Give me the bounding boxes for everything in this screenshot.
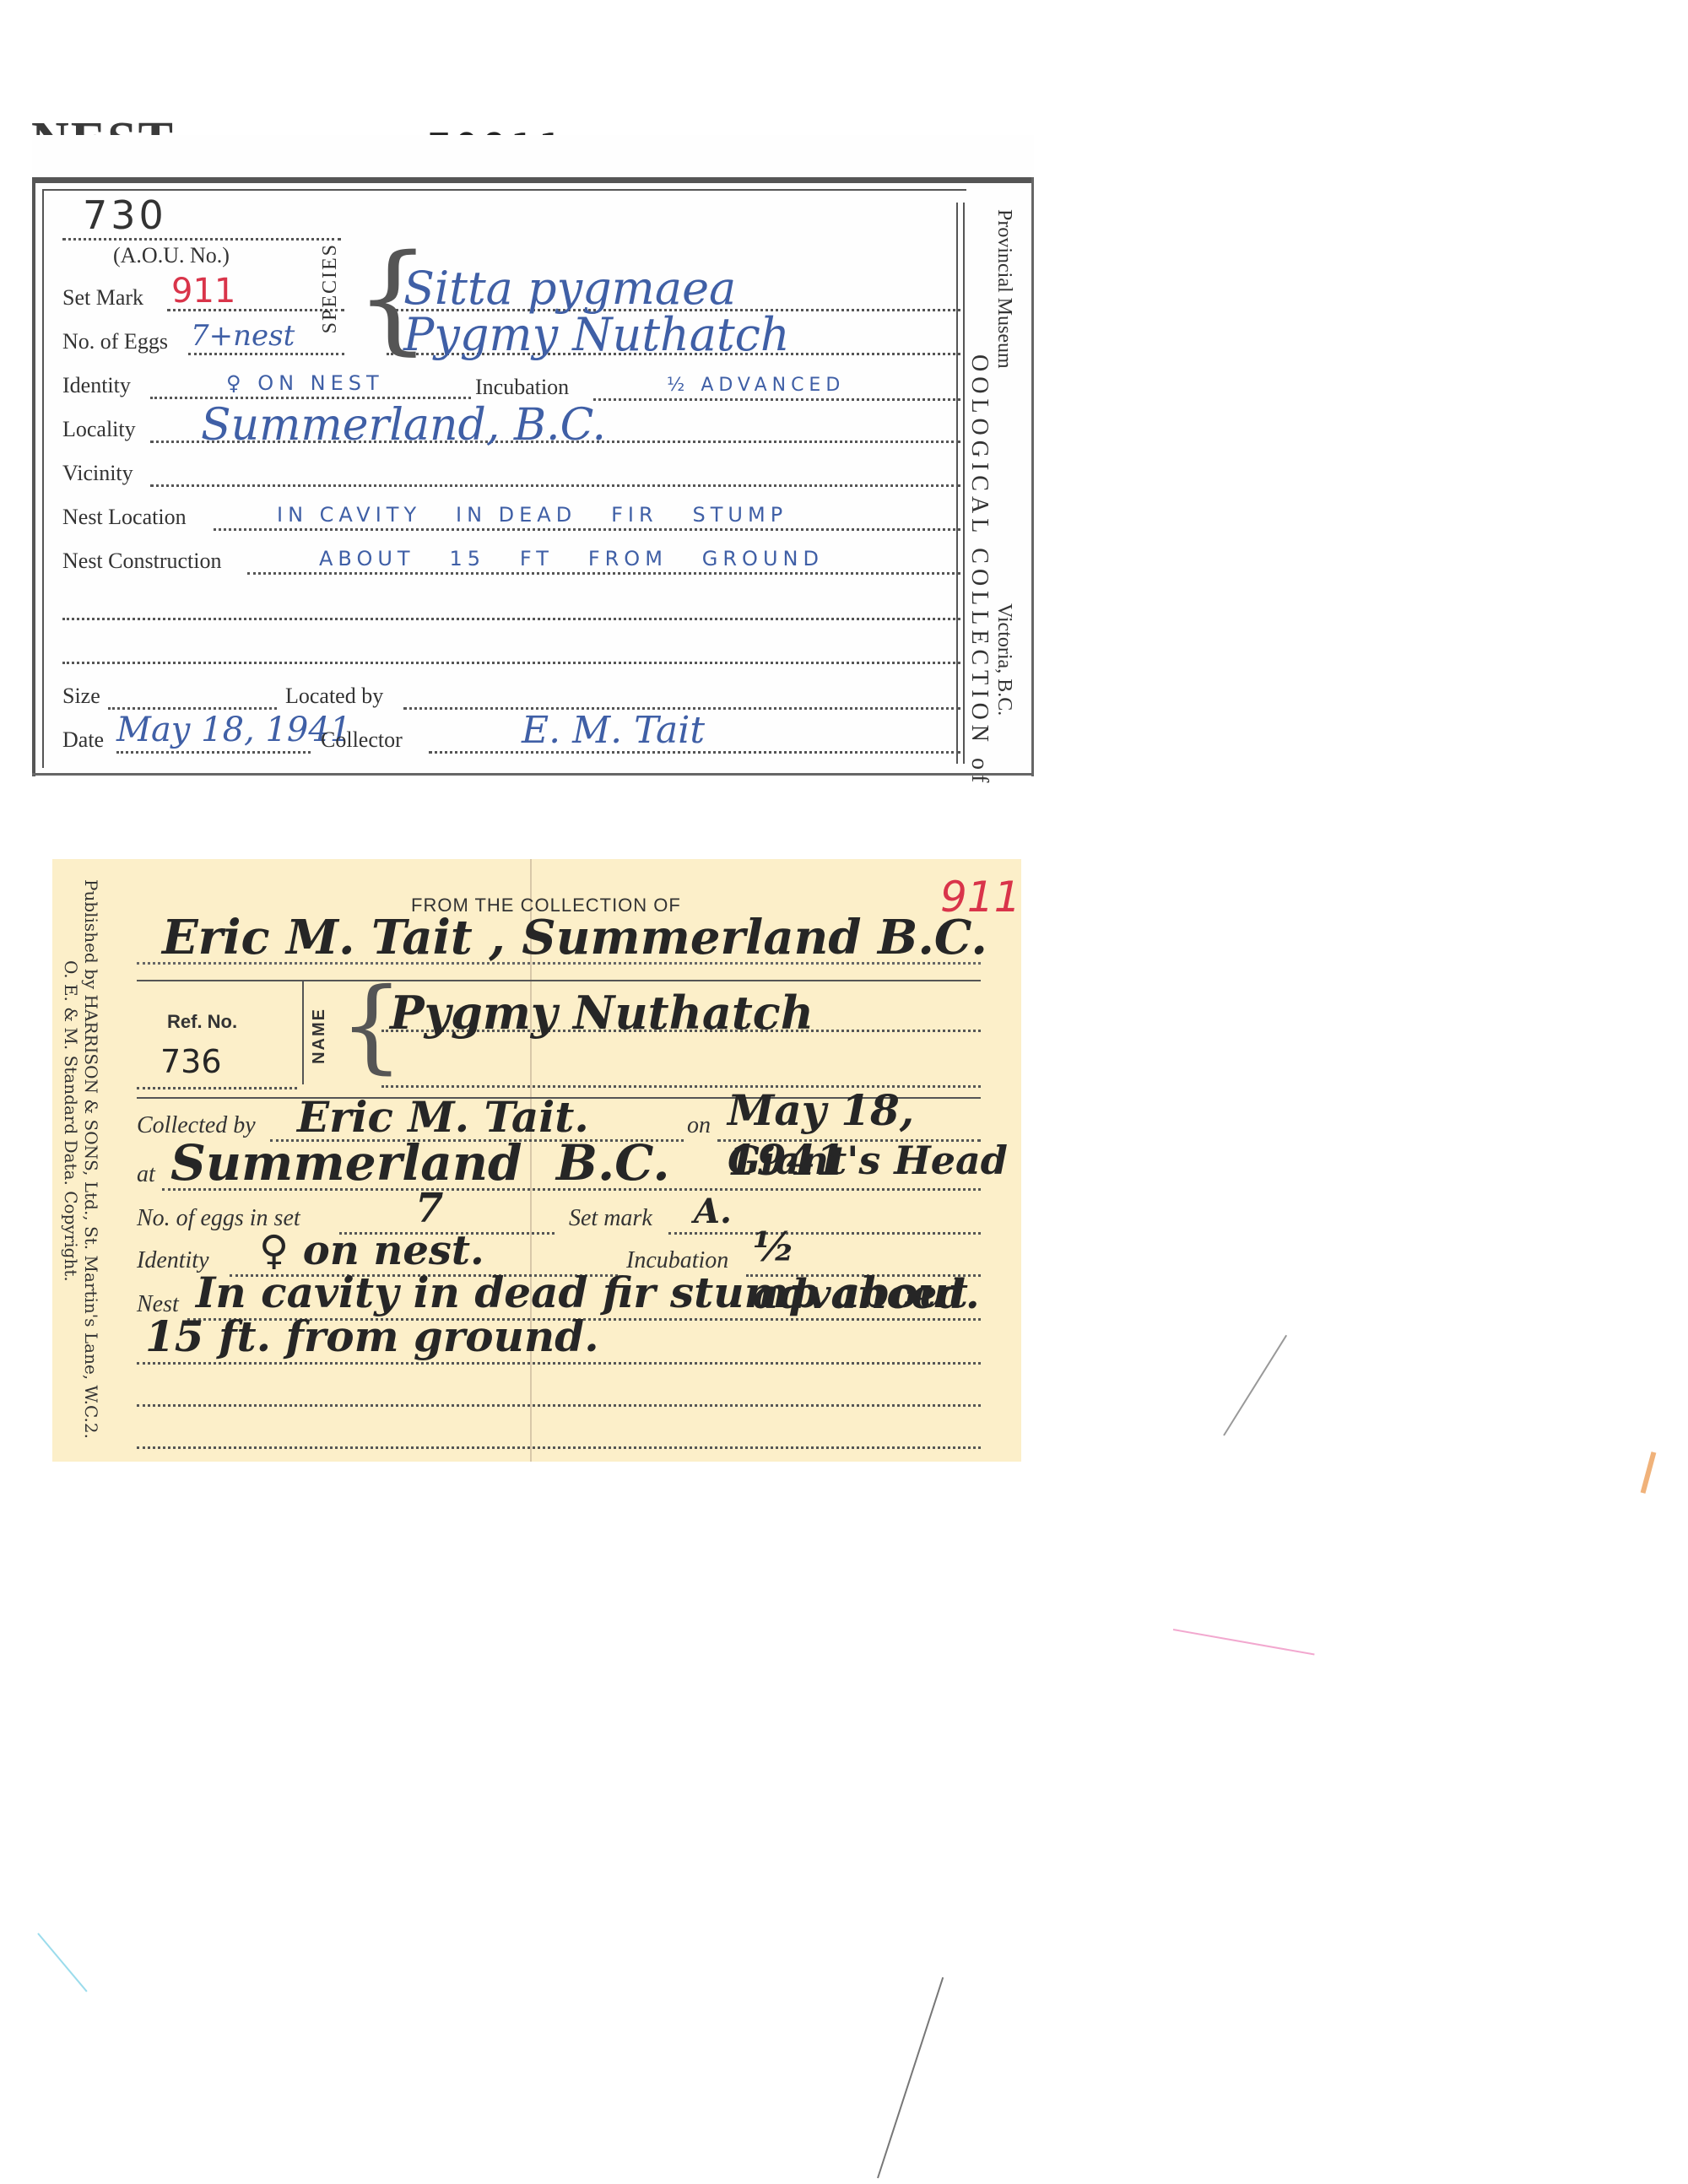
vicinity-label: Vicinity: [62, 461, 133, 486]
nest-construction-label: Nest Construction: [62, 549, 222, 574]
set-mark-label: Set Mark: [62, 285, 143, 311]
nest-value-line-1: In cavity in dead fir stump about: [196, 1268, 968, 1317]
aou-number: 730: [83, 192, 167, 238]
dotted-line: [137, 1087, 297, 1089]
collection-owner: Eric M. Tait , Summerland B.C.: [162, 910, 987, 965]
species-label: SPECIES: [319, 243, 342, 333]
card-border: [1031, 177, 1034, 776]
museum-data-card: 730 (A.O.U. No.) Set Mark 911 No. of Egg…: [32, 135, 1034, 776]
species-scientific: Sitta pygmaea: [403, 262, 736, 315]
dotted-line: [214, 528, 960, 531]
dotted-line: [150, 397, 471, 399]
name-label: NAME: [310, 1008, 329, 1064]
dotted-line: [150, 484, 960, 487]
publisher-line-1: O. E. & M. Standard Data. Copyright.: [61, 960, 81, 1282]
publisher-line-2: Published by HARRISON & SONS, Ltd., St. …: [81, 879, 101, 1439]
scan-artifact: [37, 1933, 87, 1992]
date-label: Date: [62, 727, 104, 753]
incubation-label: Incubation: [475, 375, 569, 400]
dotted-line: [62, 618, 960, 620]
identity-value: ♀ ON NEST: [226, 371, 384, 395]
no-of-eggs-value: 7+nest: [191, 319, 295, 353]
nest-value-line-2: 15 ft. from ground.: [145, 1311, 599, 1361]
aou-label: (A.O.U. No.): [113, 243, 230, 268]
dotted-line: [137, 1362, 981, 1365]
dotted-line: [62, 662, 960, 664]
set-mark-label-2: Set mark: [569, 1205, 652, 1232]
side-location: Victoria, B.C.: [993, 603, 1015, 716]
dotted-line: [247, 572, 960, 575]
no-of-eggs-label: No. of Eggs: [62, 329, 168, 354]
dotted-line: [137, 1404, 981, 1407]
card-border: [32, 773, 1034, 776]
date-value: May 18, 1941: [116, 711, 351, 749]
scan-artifact: [1173, 1629, 1315, 1655]
nest-construction-value: ABOUT 15 FT FROM GROUND: [319, 547, 824, 570]
collector-data-card: Published by HARRISON & SONS, Ltd., St. …: [52, 859, 1021, 1462]
at-value: Summerland B.C.: [170, 1134, 670, 1192]
scan-artifact: [1223, 1335, 1287, 1436]
eggs-in-set-value: 7: [415, 1185, 443, 1232]
side-institution: Provincial Museum: [993, 209, 1015, 369]
set-mark-value: 911: [171, 272, 235, 311]
dotted-line: [62, 238, 341, 241]
set-mark-value-2: A.: [694, 1192, 732, 1231]
scan-artifact: [1641, 1451, 1657, 1494]
dotted-line: [108, 707, 277, 710]
divider: [963, 203, 965, 764]
dotted-line: [116, 751, 311, 754]
name-value: Pygmy Nuthatch: [390, 986, 814, 1040]
size-label: Size: [62, 684, 100, 709]
nest-location-label: Nest Location: [62, 505, 187, 530]
species-common: Pygmy Nuthatch: [403, 308, 790, 361]
scan-artifact: [877, 1977, 944, 2178]
dotted-line: [137, 1446, 981, 1449]
collector-label: Collector: [321, 727, 403, 753]
on-label: on: [687, 1112, 711, 1139]
at-label: at: [137, 1161, 155, 1188]
identity-label: Identity: [62, 373, 131, 398]
ref-no-label: Ref. No.: [167, 1011, 237, 1033]
divider: [956, 203, 958, 764]
card-border: [32, 177, 1034, 183]
locality-value: Summerland, B.C.: [201, 400, 606, 451]
incubation-value: ½ ADVANCED: [667, 375, 845, 396]
divider: [302, 981, 304, 1084]
divider: [137, 980, 981, 981]
at-extra-value: Giant's Head: [728, 1138, 1008, 1183]
located-by-label: Located by: [285, 684, 383, 709]
side-collection-title: OOLOGICAL COLLECTION of: [966, 354, 993, 787]
dotted-line: [593, 398, 960, 401]
card-border: [32, 177, 35, 776]
locality-label: Locality: [62, 417, 136, 442]
nest-location-value: IN CAVITY IN DEAD FIR STUMP: [277, 503, 787, 527]
dotted-line: [188, 353, 344, 355]
ref-no-value: 736: [160, 1043, 222, 1080]
collector-value: E. M. Tait: [522, 709, 705, 752]
